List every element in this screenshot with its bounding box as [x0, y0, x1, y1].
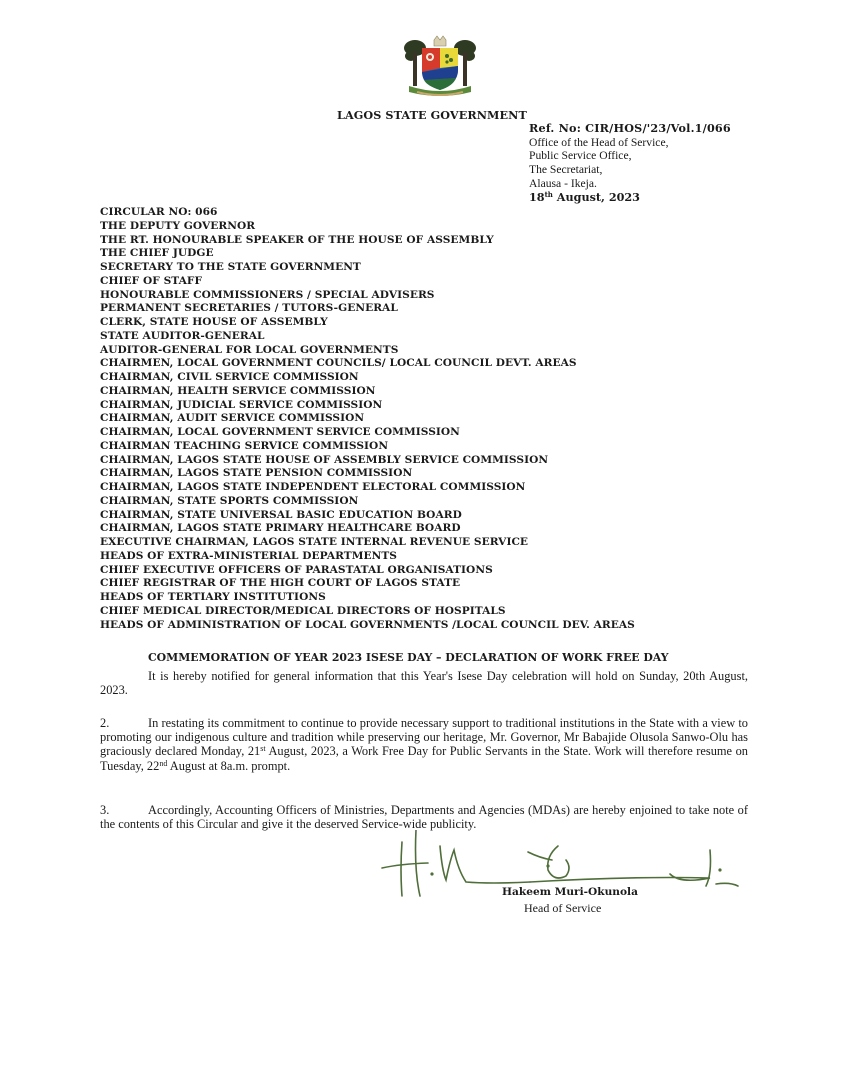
- recipient-item: CHIEF EXECUTIVE OFFICERS OF PARASTATAL O…: [100, 564, 635, 578]
- recipient-item: PERMANENT SECRETARIES / TUTORS-GENERAL: [100, 302, 635, 316]
- circular-subject: COMMEMORATION OF YEAR 2023 ISESE DAY – D…: [148, 651, 669, 664]
- address-line: Office of the Head of Service,: [529, 136, 731, 150]
- recipient-item: THE CHIEF JUDGE: [100, 247, 635, 261]
- recipient-item: CHAIRMAN, STATE UNIVERSAL BASIC EDUCATIO…: [100, 509, 635, 523]
- recipient-item: CHAIRMAN TEACHING SERVICE COMMISSION: [100, 440, 635, 454]
- recipient-item: CHAIRMAN, LOCAL GOVERNMENT SERVICE COMMI…: [100, 426, 635, 440]
- signatory-name: Hakeem Muri-Okunola: [502, 886, 638, 898]
- recipient-item: CHAIRMAN, CIVIL SERVICE COMMISSION: [100, 371, 635, 385]
- address-line: Public Service Office,: [529, 149, 731, 163]
- recipient-item: HONOURABLE COMMISSIONERS / SPECIAL ADVIS…: [100, 289, 635, 303]
- recipient-item: HEADS OF EXTRA-MINISTERIAL DEPARTMENTS: [100, 550, 635, 564]
- recipient-item: CHIEF REGISTRAR OF THE HIGH COURT OF LAG…: [100, 577, 635, 591]
- reference-number: Ref. No: CIR/HOS/'23/Vol.1/066: [529, 122, 731, 136]
- circular-number: CIRCULAR NO: 066: [100, 206, 635, 220]
- recipient-item: CHAIRMAN, LAGOS STATE PENSION COMMISSION: [100, 467, 635, 481]
- address-line: Alausa - Ikeja.: [529, 177, 731, 191]
- recipient-item: CHAIRMAN, LAGOS STATE PRIMARY HEALTHCARE…: [100, 522, 635, 536]
- government-title: LAGOS STATE GOVERNMENT: [337, 108, 527, 122]
- address-line: The Secretariat,: [529, 163, 731, 177]
- recipient-item: SECRETARY TO THE STATE GOVERNMENT: [100, 261, 635, 275]
- recipient-item: CHIEF OF STAFF: [100, 275, 635, 289]
- recipient-item: EXECUTIVE CHAIRMAN, LAGOS STATE INTERNAL…: [100, 536, 635, 550]
- paragraph-1: It is hereby notified for general inform…: [100, 669, 748, 697]
- recipient-item: CHAIRMAN, STATE SPORTS COMMISSION: [100, 495, 635, 509]
- circular-document: LAGOS STATE GOVERNMENT Ref. No: CIR/HOS/…: [0, 0, 848, 1080]
- circular-date: 18th August, 2023: [529, 191, 731, 205]
- recipient-item: CHAIRMAN, JUDICIAL SERVICE COMMISSION: [100, 399, 635, 413]
- recipients-list: CIRCULAR NO: 066 THE DEPUTY GOVERNOR THE…: [100, 206, 635, 632]
- recipient-item: CHAIRMAN, AUDIT SERVICE COMMISSION: [100, 412, 635, 426]
- paragraph-number: 3.: [100, 803, 148, 817]
- recipient-item: CHIEF MEDICAL DIRECTOR/MEDICAL DIRECTORS…: [100, 605, 635, 619]
- recipient-item: CHAIRMAN, LAGOS STATE INDEPENDENT ELECTO…: [100, 481, 635, 495]
- recipient-item: THE RT. HONOURABLE SPEAKER OF THE HOUSE …: [100, 234, 635, 248]
- recipient-item: CHAIRMEN, LOCAL GOVERNMENT COUNCILS/ LOC…: [100, 357, 635, 371]
- paragraph-2: 2.In restating its commitment to continu…: [100, 716, 748, 773]
- recipient-item: CHAIRMAN, HEALTH SERVICE COMMISSION: [100, 385, 635, 399]
- recipient-item: THE DEPUTY GOVERNOR: [100, 220, 635, 234]
- sender-address-block: Ref. No: CIR/HOS/'23/Vol.1/066 Office of…: [529, 122, 731, 204]
- recipient-item: CLERK, STATE HOUSE OF ASSEMBLY: [100, 316, 635, 330]
- lagos-state-coat-of-arms-icon: [403, 34, 477, 100]
- recipient-item: HEADS OF ADMINISTRATION OF LOCAL GOVERNM…: [100, 619, 635, 633]
- recipient-item: STATE AUDITOR-GENERAL: [100, 330, 635, 344]
- recipient-item: CHAIRMAN, LAGOS STATE HOUSE OF ASSEMBLY …: [100, 454, 635, 468]
- signatory-title: Head of Service: [524, 901, 601, 916]
- recipient-item: HEADS OF TERTIARY INSTITUTIONS: [100, 591, 635, 605]
- recipient-item: AUDITOR-GENERAL FOR LOCAL GOVERNMENTS: [100, 344, 635, 358]
- paragraph-number: 2.: [100, 716, 148, 730]
- paragraph-3: 3.Accordingly, Accounting Officers of Mi…: [100, 803, 748, 831]
